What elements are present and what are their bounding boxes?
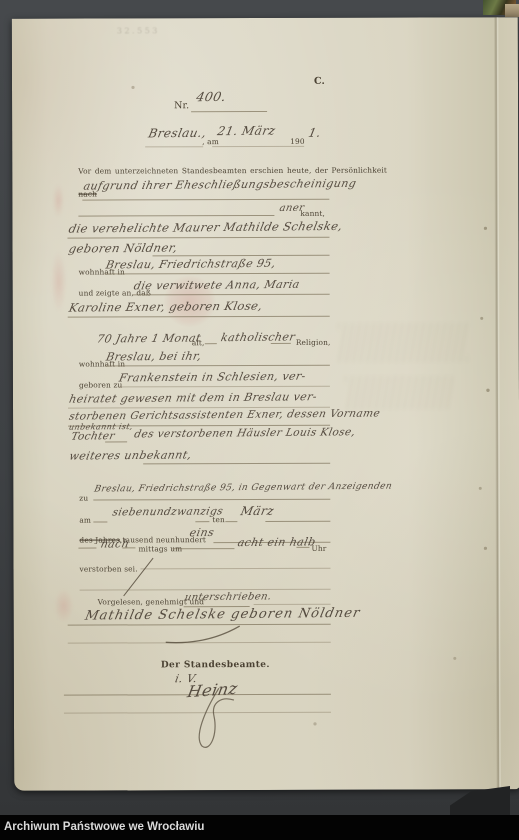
ruled-line <box>195 521 209 522</box>
spouse-entry: storbenen Gerichtsassistenten Exner, des… <box>68 407 381 422</box>
registrar-signature-flourish <box>164 682 274 752</box>
geboren-label: geboren zu <box>79 380 122 389</box>
religion-label: Religion, <box>296 338 331 347</box>
birthplace-entry: Frankenstein in Schlesien, ver- <box>118 370 307 385</box>
ruled-line <box>105 273 330 275</box>
place-entry: Breslau., <box>147 126 208 141</box>
ruled-line <box>143 463 330 465</box>
alt-label: alt, <box>192 338 205 347</box>
ruled-line <box>82 199 329 201</box>
death-place-entry: Breslau, Friedrichstraße 95, in Gegenwar… <box>93 482 393 495</box>
age-entry: 70 Jahre 1 Monat <box>96 331 202 345</box>
ruled-line <box>205 343 217 344</box>
ruled-line <box>122 547 135 548</box>
declarant-residence-entry: Breslau, Friedrichstraße 95, <box>105 257 277 272</box>
ruled-line <box>296 547 309 548</box>
page-fold-crease <box>494 17 501 789</box>
ruled-line <box>172 548 234 549</box>
death-day-entry: siebenundzwanzigs <box>111 505 224 518</box>
declarant-signature: Mathilde Schelske geboren Nöldner <box>84 606 362 624</box>
deceased-residence-entry: Breslau, bei ihr, <box>105 350 203 364</box>
pencil-archive-note: 32.553 <box>117 26 160 35</box>
book-corner-shadow <box>450 786 510 816</box>
zu-label: zu <box>79 494 88 503</box>
ruled-line <box>225 521 237 522</box>
form-corner-letter: C. <box>314 76 325 87</box>
scan-page: { "archive_bar": { "label": "Archiwum Pa… <box>0 0 519 840</box>
pink-stain <box>54 589 74 623</box>
marital-entry: heiratet gewesen mit dem in Breslau ver- <box>68 390 318 406</box>
ruled-line <box>153 255 330 257</box>
death-month-entry: März <box>239 504 275 518</box>
ruled-line <box>141 568 331 570</box>
intro-printed: Vor dem unterzeichneten Standesbeamten e… <box>78 166 387 176</box>
ruled-line <box>78 548 96 549</box>
ruled-line <box>105 365 330 367</box>
year-entry: 1. <box>307 126 322 140</box>
declarant-nee-entry: geboren Nöldner, <box>68 241 179 256</box>
ruled-line <box>93 499 330 501</box>
ten-label: ten <box>212 515 225 524</box>
parent-entry-2: weiteres unbekannt, <box>68 448 193 462</box>
document-page: 32.553 C. Nr. 400. Breslau., , am 21. Mä… <box>12 17 519 791</box>
ink-bleedthrough <box>345 375 453 409</box>
death-year-entry: eins <box>188 526 215 539</box>
ink-bleedthrough <box>338 322 468 362</box>
ruled-line <box>118 386 330 388</box>
archive-name: Archiwum Państwowe we Wrocławiu <box>4 821 204 833</box>
date-entry: 21. März <box>216 124 277 139</box>
registrar-title: Der Standesbeamte. <box>161 660 270 670</box>
ruled-line <box>265 521 330 522</box>
record-number-value: 400. <box>195 89 228 104</box>
identified-by-entry: aufgrund ihrer Eheschließungsbescheinigu… <box>82 177 357 193</box>
ruled-line <box>133 294 330 296</box>
ruled-line <box>145 146 203 147</box>
parent-entry-b: des verstorbenen Häusler Louis Klose, <box>133 426 356 440</box>
uhr-label: Uhr <box>311 544 326 553</box>
nach-hand-entry: nach <box>99 537 130 550</box>
ruled-line <box>191 111 267 112</box>
deceased-name-entry-1: die verwitwete Anna, Maria <box>133 278 301 293</box>
ruled-line <box>254 604 331 605</box>
am2-label: am <box>79 516 91 525</box>
archive-watermark-bar: Archiwum Państwowe we Wrocławiu <box>0 815 519 840</box>
record-number-label: Nr. <box>174 100 189 111</box>
pink-stain <box>52 184 64 218</box>
verstorben-label: verstorben sei. <box>80 564 138 573</box>
pink-stain <box>51 251 67 313</box>
declarant-entry: die verehelichte Maurer Mathilde Schelsk… <box>67 219 344 236</box>
book-spine-capital <box>505 4 519 17</box>
ruled-line <box>271 343 291 344</box>
ruled-line <box>212 146 304 147</box>
signature-flourish <box>164 624 244 646</box>
year-printed: 190 <box>290 137 305 146</box>
ruled-line <box>78 215 274 217</box>
anerkannt-printed: kannt, <box>300 209 325 218</box>
am-label: , am <box>202 137 219 146</box>
ruled-line <box>67 237 329 239</box>
ruled-line <box>80 589 331 591</box>
paper-specks <box>12 19 14 21</box>
closing-hand-entry: unterschrieben. <box>184 591 273 603</box>
ruled-line <box>93 521 107 522</box>
ruled-line <box>105 441 127 442</box>
deceased-name-entry-2: Karoline Exner, geboren Klose, <box>68 299 264 315</box>
